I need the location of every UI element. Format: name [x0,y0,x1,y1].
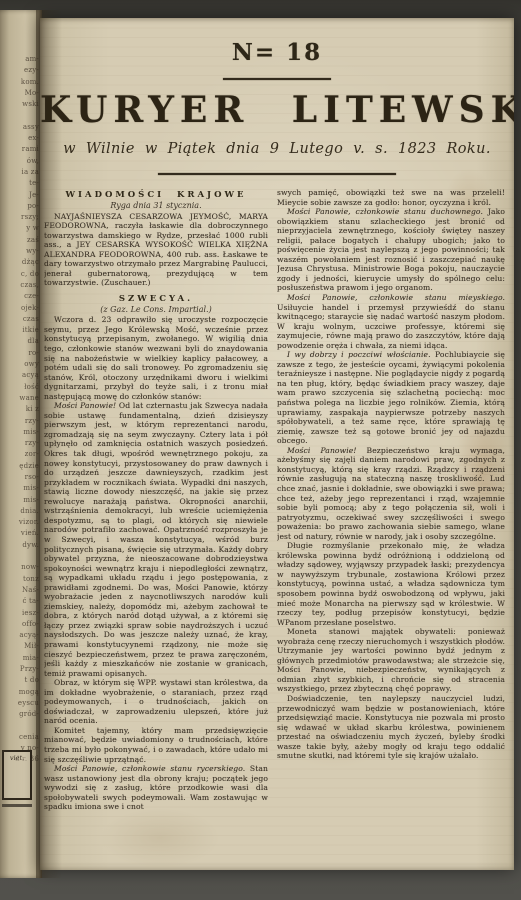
spine-text-fragment: now- [0,562,39,573]
right-column: swych pamięć, obowiązki też swe na was p… [277,188,505,850]
newspaper-title: KURYER LITEWSKI [40,88,514,132]
spine-text-fragment: owy [0,359,39,370]
paragraph-experience: Doświadczenie, ten naylepszy nauczyciel … [277,694,505,761]
speech-body: Bezpieczeństwo kraju wymaga, ażebyśmy si… [277,446,505,541]
spine-text-fragment: gród- [0,709,39,720]
spine-text-fragment: itkie [0,325,39,336]
left-column: WIADOMOŚCI KRAJOWE Ryga dnia 31 stycznia… [44,188,268,850]
spine-text-fragment: ów, [0,156,39,167]
newspaper-page: N= 18 KURYER LITEWSKI w Wilnie w Piątek … [40,18,514,870]
speech-salutation: Mości Panowie, członkowie stanu mieyskie… [287,293,505,302]
speech-salutation: I wy dobrzy i poczciwi włościanie. [287,350,431,359]
spacer [44,288,268,292]
paragraph-clergy-estate: Mości Panowie, członkowie stanu duchowne… [277,207,505,293]
spine-text-fragment [0,110,39,121]
spine-text-fragment: Je- [0,190,39,201]
spine-text-fragment: Naś- [0,585,39,596]
spine-text-fragment: te- [0,178,39,189]
spine-text-fragment: mia- [0,653,39,664]
spine-text-fragment: rszy; [0,212,39,223]
spine-fragment-column: am-ezy-kom.Mo-wskiassyex-ramiów,ia zate-… [0,54,39,766]
masthead-dateline: w Wilnie w Piątek dnia 9 Lutego v. s. 18… [40,140,514,158]
section-dateline-riga: Ryga dnia 31 stycznia. [44,201,268,212]
spine-text-fragment [0,721,39,732]
paragraph-komitet: Komitet tajemny, który mam przedsięwzięc… [44,726,268,764]
paragraph-royal-power: Długie rozmyślanie przekonało mię, że wł… [277,541,505,627]
spine-text-fragment: acyą- [0,630,39,641]
spine-text-fragment: vień. [0,528,39,539]
paragraph-knightly-estate: Mości Panowie, członkowie stanu rycerski… [44,764,268,812]
spine-text-fragment: acyą [0,370,39,381]
spine-text-fragment: czas, [0,280,39,291]
spine-text-fragment: c, do [0,269,39,280]
spine-text-fragment: ojek- [0,303,39,314]
spine-text-fragment: zor- [0,449,39,460]
section-header-sweden: SZWECYA. [44,294,268,305]
spine-text-fragment: łość [0,382,39,393]
speech-body: Od lat czternastu jak Szwecya nadała sob… [44,401,268,677]
spine-text-fragment: vizor. [0,517,39,528]
speech-body: Usiłuycie handel i przemysł przywieśdź d… [277,303,505,350]
spine-text-fragment: mis- [0,427,39,438]
paragraph-obraz: Obraz, w którym się WPP. wystawi stan kr… [44,678,268,726]
spine-text-fragment: ezy- [0,65,39,76]
spine-text-fragment: y w [0,223,39,234]
spine-text-fragment: cenia [0,732,39,743]
paragraph-seym-opening: Wczora d. 23 odprawiło się uroczyste roz… [44,315,268,401]
spine-text-fragment: wane [0,393,39,404]
spine-text-fragment: mis- [0,495,39,506]
spine-text-fragment: cze- [0,291,39,302]
spine-text-fragment: wy- [0,246,39,257]
spine-text-fragment: am- [0,54,39,65]
spine-text-fragment: iesz- [0,608,39,619]
spine-text-fragment: rso- [0,472,39,483]
paragraph-burgher-estate: Mości Panowie, członkowie stanu mieyskie… [277,293,505,350]
speech-salutation: Mości Panowie, członkowie stanu duchowne… [287,207,483,216]
spine-text-fragment: mogą [0,687,39,698]
spine-text-fragment: Przy- [0,664,39,675]
spine-text-fragment: wski [0,99,39,110]
speech-salutation: Mości Panowie! [287,446,356,455]
spine-text-fragment: kom. [0,77,39,88]
paragraph-continuation: swych pamięć, obowiązki też swe na was p… [277,188,505,207]
spine-text-fragment: assy [0,122,39,133]
paragraph-riga-donation: NAYJAŚNIEYSZA CESARZOWA JEYMOŚĆ, MARYA F… [44,212,268,288]
speech-salutation: Mości Panowie, członkowie stanu rycerski… [54,764,245,773]
issue-number: N= 18 [40,40,514,66]
spine-text-fragment: ć ta- [0,596,39,607]
paragraph-currency: Moneta stanowi majątek obywateli: poniew… [277,627,505,694]
section-header-domestic-news: WIADOMOŚCI KRAJOWE [44,190,268,201]
scan-backdrop: am-ezy-kom.Mo-wskiassyex-ramiów,ia zate-… [0,0,521,900]
speech-salutation: Mości Panowie! [54,401,116,410]
spine-text-fragment: offo- [0,619,39,630]
speech-body: Jako obowiązkiem stanu szlacheckiego jes… [277,207,505,292]
spine-text-fragment: Mo- [0,88,39,99]
spine-text-fragment: t do [0,675,39,686]
spine-text-fragment [0,551,39,562]
spine-text-fragment: mis- [0,483,39,494]
spine-text-fragment: rzy- [0,438,39,449]
spine-framed-fragment: viet. [2,750,32,800]
spine-text-fragment: dnia. [0,506,39,517]
spine-text-fragment: eyscu [0,698,39,709]
spine-text-fragment: dyw. [0,540,39,551]
paragraph-security: Mości Panowie! Bezpieczeństwo kraju wyma… [277,446,505,541]
paragraph-king-speech: Mości Panowie! Od lat czternastu jak Szw… [44,401,268,678]
spine-text-fragment: ia za [0,167,39,178]
spine-text-fragment: ex- [0,133,39,144]
masthead-rule-bottom [158,173,396,175]
spine-text-fragment: tonz [0,574,39,585]
spine-text-fragment: rzy- [0,416,39,427]
spine-text-fragment: zaś [0,235,39,246]
spine-text-fragment: Mił- [0,641,39,652]
paragraph-peasants: I wy dobrzy i poczciwi włościanie. Pochl… [277,350,505,445]
spine-text-fragment: dżąc [0,257,39,268]
spine-text-fragment: ędzie [0,461,39,472]
article-columns: WIADOMOŚCI KRAJOWE Ryga dnia 31 stycznia… [44,188,510,850]
spine-text-fragment: ro- [0,348,39,359]
spine-text-fragment: po- [0,201,39,212]
spine-box-text: viet. [10,754,24,762]
masthead-rule-top [223,78,331,80]
spine-text-fragment: rami [0,144,39,155]
masthead: N= 18 KURYER LITEWSKI w Wilnie w Piątek … [40,40,514,175]
speech-body: Pochlubiaycie się zawsze z tego, że jest… [277,350,505,445]
section-source-sweden: (z Gaz. Le Cons. Impartial.) [44,305,268,316]
previous-page-edge: am-ezy-kom.Mo-wskiassyex-ramiów,ia zate-… [0,10,42,878]
spine-rule-fragment [2,804,32,807]
spine-text-fragment: ki z [0,404,39,415]
spine-text-fragment: czas [0,314,39,325]
spine-text-fragment: dla [0,336,39,347]
